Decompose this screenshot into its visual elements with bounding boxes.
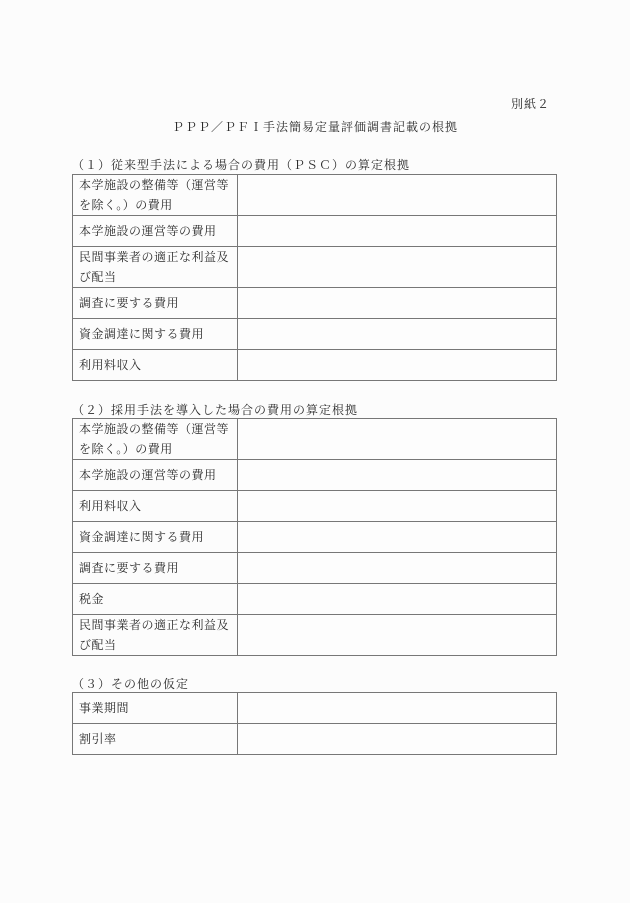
table-row: 本学施設の整備等（運営等を除く。）の費用 — [73, 419, 557, 460]
other-assumptions-table: 事業期間 割引率 — [72, 692, 557, 755]
section-3-heading: （３）その他の仮定 — [72, 675, 189, 692]
row-value-cell[interactable] — [238, 419, 557, 460]
row-label: 本学施設の運営等の費用 — [73, 460, 238, 491]
row-label: 本学施設の整備等（運営等を除く。）の費用 — [73, 175, 238, 216]
table-row: 税金 — [73, 584, 557, 615]
row-label: 資金調達に関する費用 — [73, 319, 238, 350]
psc-basis-table: 本学施設の整備等（運営等を除く。）の費用 本学施設の運営等の費用 民間事業者の適… — [72, 174, 557, 381]
row-value-cell[interactable] — [238, 584, 557, 615]
row-value-cell[interactable] — [238, 724, 557, 755]
table-row: 本学施設の運営等の費用 — [73, 460, 557, 491]
table-row: 事業期間 — [73, 693, 557, 724]
table-row: 本学施設の運営等の費用 — [73, 216, 557, 247]
table-row: 割引率 — [73, 724, 557, 755]
table-row: 民間事業者の適正な利益及び配当 — [73, 247, 557, 288]
row-value-cell[interactable] — [238, 216, 557, 247]
row-label: 本学施設の運営等の費用 — [73, 216, 238, 247]
row-value-cell[interactable] — [238, 288, 557, 319]
table-row: 利用料収入 — [73, 491, 557, 522]
table-row: 資金調達に関する費用 — [73, 319, 557, 350]
row-value-cell[interactable] — [238, 319, 557, 350]
row-value-cell[interactable] — [238, 491, 557, 522]
row-value-cell[interactable] — [238, 553, 557, 584]
row-label: 資金調達に関する費用 — [73, 522, 238, 553]
row-value-cell[interactable] — [238, 460, 557, 491]
annex-label: 別紙２ — [511, 95, 550, 112]
row-label: 利用料収入 — [73, 491, 238, 522]
adopted-method-basis-table: 本学施設の整備等（運営等を除く。）の費用 本学施設の運営等の費用 利用料収入 資… — [72, 418, 557, 656]
row-label: 調査に要する費用 — [73, 553, 238, 584]
row-label: 本学施設の整備等（運営等を除く。）の費用 — [73, 419, 238, 460]
row-value-cell[interactable] — [238, 247, 557, 288]
document-title: ＰＰＰ／ＰＦＩ手法簡易定量評価調書記載の根拠 — [0, 118, 630, 135]
row-label: 利用料収入 — [73, 350, 238, 381]
section-2-heading: （２）採用手法を導入した場合の費用の算定根拠 — [72, 401, 358, 418]
table-row: 民間事業者の適正な利益及び配当 — [73, 615, 557, 656]
row-value-cell[interactable] — [238, 350, 557, 381]
row-label: 割引率 — [73, 724, 238, 755]
row-value-cell[interactable] — [238, 615, 557, 656]
row-value-cell[interactable] — [238, 522, 557, 553]
row-label: 税金 — [73, 584, 238, 615]
row-label: 調査に要する費用 — [73, 288, 238, 319]
table-row: 利用料収入 — [73, 350, 557, 381]
row-label: 事業期間 — [73, 693, 238, 724]
table-row: 調査に要する費用 — [73, 288, 557, 319]
table-row: 資金調達に関する費用 — [73, 522, 557, 553]
row-value-cell[interactable] — [238, 175, 557, 216]
section-1-heading: （１）従来型手法による場合の費用（ＰＳＣ）の算定根拠 — [72, 156, 410, 173]
table-row: 調査に要する費用 — [73, 553, 557, 584]
row-label: 民間事業者の適正な利益及び配当 — [73, 615, 238, 656]
row-value-cell[interactable] — [238, 693, 557, 724]
row-label: 民間事業者の適正な利益及び配当 — [73, 247, 238, 288]
table-row: 本学施設の整備等（運営等を除く。）の費用 — [73, 175, 557, 216]
